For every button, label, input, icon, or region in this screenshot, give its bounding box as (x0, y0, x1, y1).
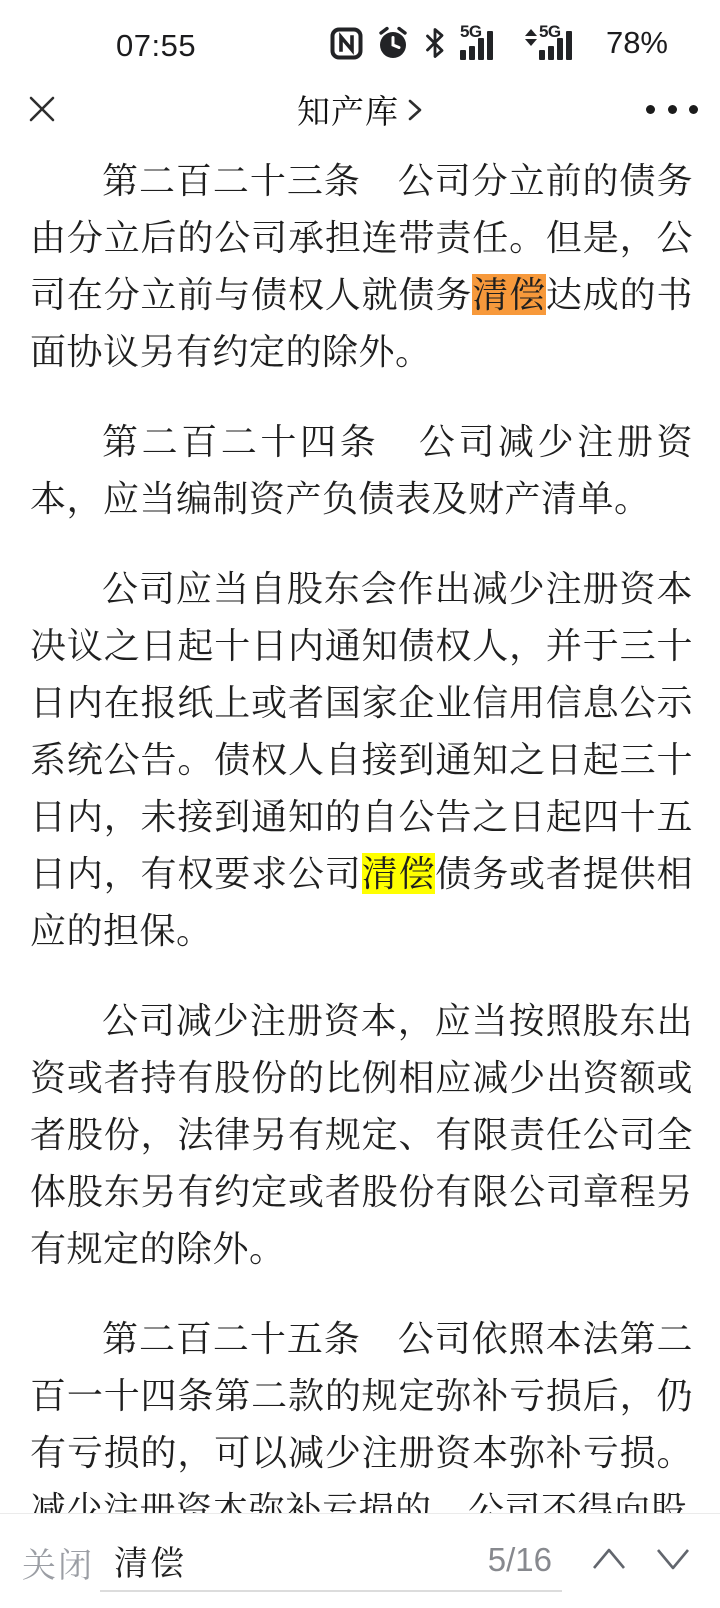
previous-match-button[interactable] (588, 1544, 630, 1574)
text-segment: 公司应当自股东会作出减少注册资本决议之日起十日内通知债权人，并于三十日内在报纸上… (30, 568, 693, 894)
search-hit-current: 清偿 (472, 274, 546, 315)
signal-5g-icon-2: 5G (525, 25, 591, 61)
chevron-right-icon (407, 97, 423, 123)
article-header: 知产库 (0, 80, 720, 138)
paragraph: 第二百二十三条 公司分立前的债务由分立后的公司承担连带责任。但是，公司在分立前与… (30, 152, 693, 380)
bluetooth-icon (423, 26, 447, 60)
search-navigation (588, 1544, 694, 1574)
signal-bars (539, 31, 572, 60)
article-body: 第二百二十三条 公司分立前的债务由分立后的公司承担连带责任。但是，公司在分立前与… (30, 152, 693, 1513)
search-hit: 清偿 (362, 853, 436, 894)
text-segment: 第二百二十四条 公司减少注册资本，应当编制资产负债表及财产清单。 (30, 421, 693, 519)
search-input[interactable]: 清偿 (100, 1536, 186, 1585)
paragraph: 第二百二十四条 公司减少注册资本，应当编制资产负债表及财产清单。 (30, 413, 693, 527)
search-field[interactable]: 清偿 5/16 (100, 1530, 562, 1592)
next-match-button[interactable] (652, 1544, 694, 1574)
text-segment: 第二百二十五条 公司依照本法第二百一十四条第二款的规定弥补亏损后，仍有亏损的，可… (30, 1318, 693, 1513)
status-icons: 5G 5G 78% (330, 25, 668, 61)
status-bar: 07:55 5 (0, 0, 720, 70)
more-menu-icon[interactable] (646, 98, 698, 120)
signal-bars (460, 31, 493, 60)
text-segment: 公司减少注册资本，应当按照股东出资或者持有股份的比例相应减少出资额或者股份，法律… (30, 1000, 693, 1269)
alarm-clock-icon (376, 26, 410, 60)
data-updown-arrows-icon (525, 29, 537, 46)
phone-screen: 07:55 5 (0, 0, 720, 1608)
paragraph: 公司减少注册资本，应当按照股东出资或者持有股份的比例相应减少出资额或者股份，法律… (30, 992, 693, 1277)
clock-time: 07:55 (116, 28, 196, 64)
paragraph: 公司应当自股东会作出减少注册资本决议之日起十日内通知债权人，并于三十日内在报纸上… (30, 560, 693, 959)
account-title-button[interactable]: 知产库 (0, 86, 720, 133)
match-counter: 5/16 (488, 1541, 562, 1579)
find-in-page-bar: 关闭 清偿 5/16 (0, 1513, 720, 1608)
nfc-icon (330, 27, 363, 60)
page-title: 知产库 (297, 86, 399, 133)
signal-5g-icon-1: 5G (460, 25, 512, 61)
battery-percentage: 78% (606, 25, 668, 61)
paragraph: 第二百二十五条 公司依照本法第二百一十四条第二款的规定弥补亏损后，仍有亏损的，可… (30, 1310, 693, 1513)
search-close-button[interactable]: 关闭 (22, 1538, 94, 1587)
